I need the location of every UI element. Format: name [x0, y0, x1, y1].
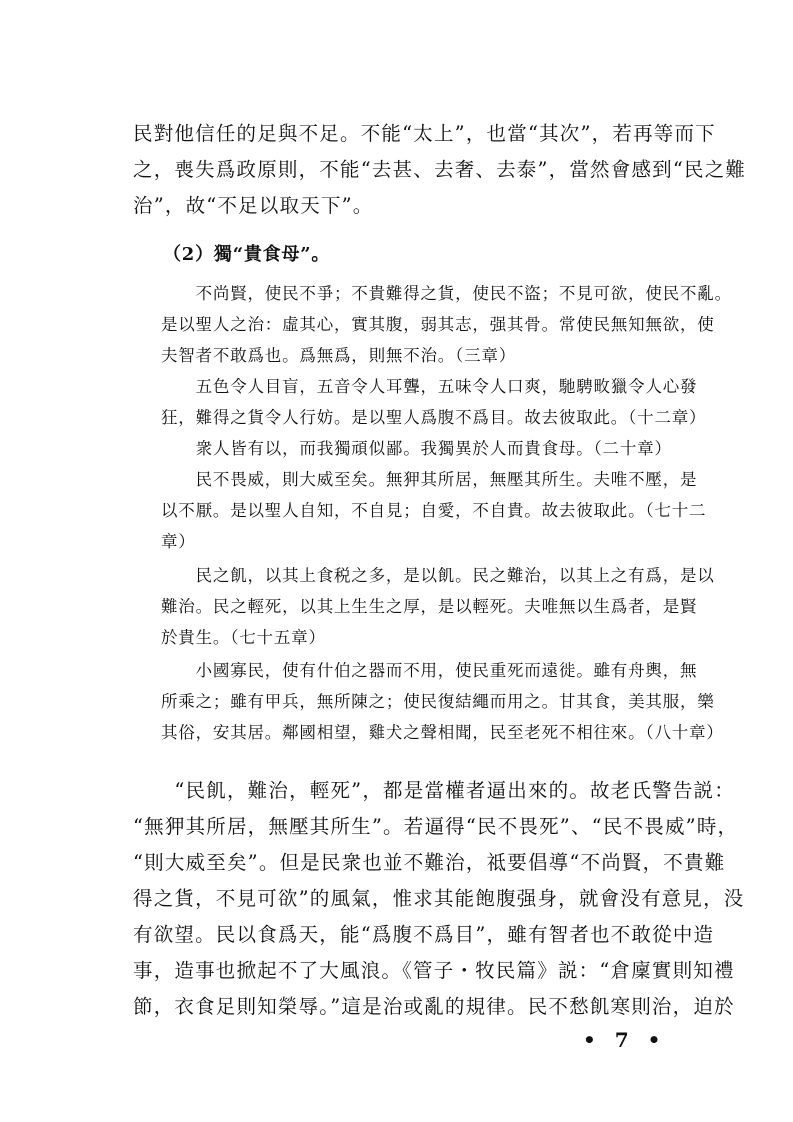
text-line: 狂，難得之貨令人行妨。是以聖人爲腹不爲目。故去彼取此。（十二章） — [161, 407, 706, 429]
text-line: 得之貨，不見可欲”的風氣，惟求其能飽腹强身，就會没有意見，没 — [133, 888, 683, 910]
text-line: 章） — [161, 531, 196, 553]
document-page: 民對他信任的足與不足。不能“太上”，也當“其次”，若再等而下 之，喪失爲政原則，… — [0, 0, 793, 1122]
text-line: 民對他信任的足與不足。不能“太上”，也當“其次”，若再等而下 — [133, 123, 683, 145]
text-line: 不尚賢，使民不爭；不貴難得之貨，使民不盜；不見可欲，使民不亂。 — [161, 283, 732, 305]
text-line: “民飢，難治，輕死”，都是當權者逼出來的。故老氏警告説： — [133, 780, 683, 802]
text-line: 所乘之；雖有甲兵，無所陳之；使民復結繩而用之。甘其食，美其服，樂 — [161, 691, 715, 713]
text-line: 衆人皆有以，而我獨頑似鄙。我獨異於人而貴食母。（二十章） — [161, 438, 672, 460]
text-line: 是以聖人之治：虛其心，實其腹，弱其志，强其骨。常使民無知無欲，使 — [161, 314, 715, 336]
text-line: 民不畏威，則大威至矣。無狎其所居，無壓其所生。夫唯不壓，是 — [161, 469, 697, 491]
page-number: • 7 • — [583, 1028, 666, 1052]
text-line: 有欲望。民以食爲天，能“爲腹不爲目”，雖有智者也不敢從中造 — [133, 924, 683, 946]
text-line: 之，喪失爲政原則，不能“去甚、去奢、去泰”，當然會感到“民之難 — [133, 159, 683, 181]
text-line: 民之飢，以其上食税之多，是以飢。民之難治，以其上之有爲，是以 — [161, 565, 715, 587]
text-line: 夫智者不敢爲也。爲無爲，則無不治。（三章） — [161, 345, 516, 367]
text-line: 其俗，安其居。鄰國相望，雞犬之聲相聞，民至老死不相往來。（八十章） — [161, 722, 724, 744]
text-line: 難治。民之輕死，以其上生生之厚，是以輕死。夫唯無以生爲者，是賢 — [161, 596, 697, 618]
section-heading: （2）獨“貴食母”。 — [163, 240, 330, 266]
text-line: “無狎其所居，無壓其所生”。若逼得“民不畏死”、“民不畏威”時， — [133, 816, 683, 838]
text-line: 治”，故“不足以取天下”。 — [133, 195, 683, 217]
text-line: 小國寡民，使有什伯之器而不用，使民重死而遠徙。雖有舟輿，無 — [161, 660, 697, 682]
text-line: 節，衣食足則知榮辱。”這是治或亂的規律。民不愁飢寒則治，迫於 — [133, 996, 683, 1018]
text-line: 事，造事也掀起不了大風浪。《管子・牧民篇》説：“倉廩實則知禮 — [133, 960, 683, 982]
text-line: 於貴生。（七十五章） — [161, 627, 326, 649]
text-line: 以不厭。是以聖人自知，不自見；自愛，不自貴。故去彼取此。（七十二 — [161, 500, 706, 522]
text-line: “則大威至矣”。但是民衆也並不難治，祗要倡導“不尚賢，不貴難 — [133, 852, 683, 874]
text-line: 五色令人目盲，五音令人耳聾，五味令人口爽，馳騁畋獵令人心發 — [161, 376, 697, 398]
